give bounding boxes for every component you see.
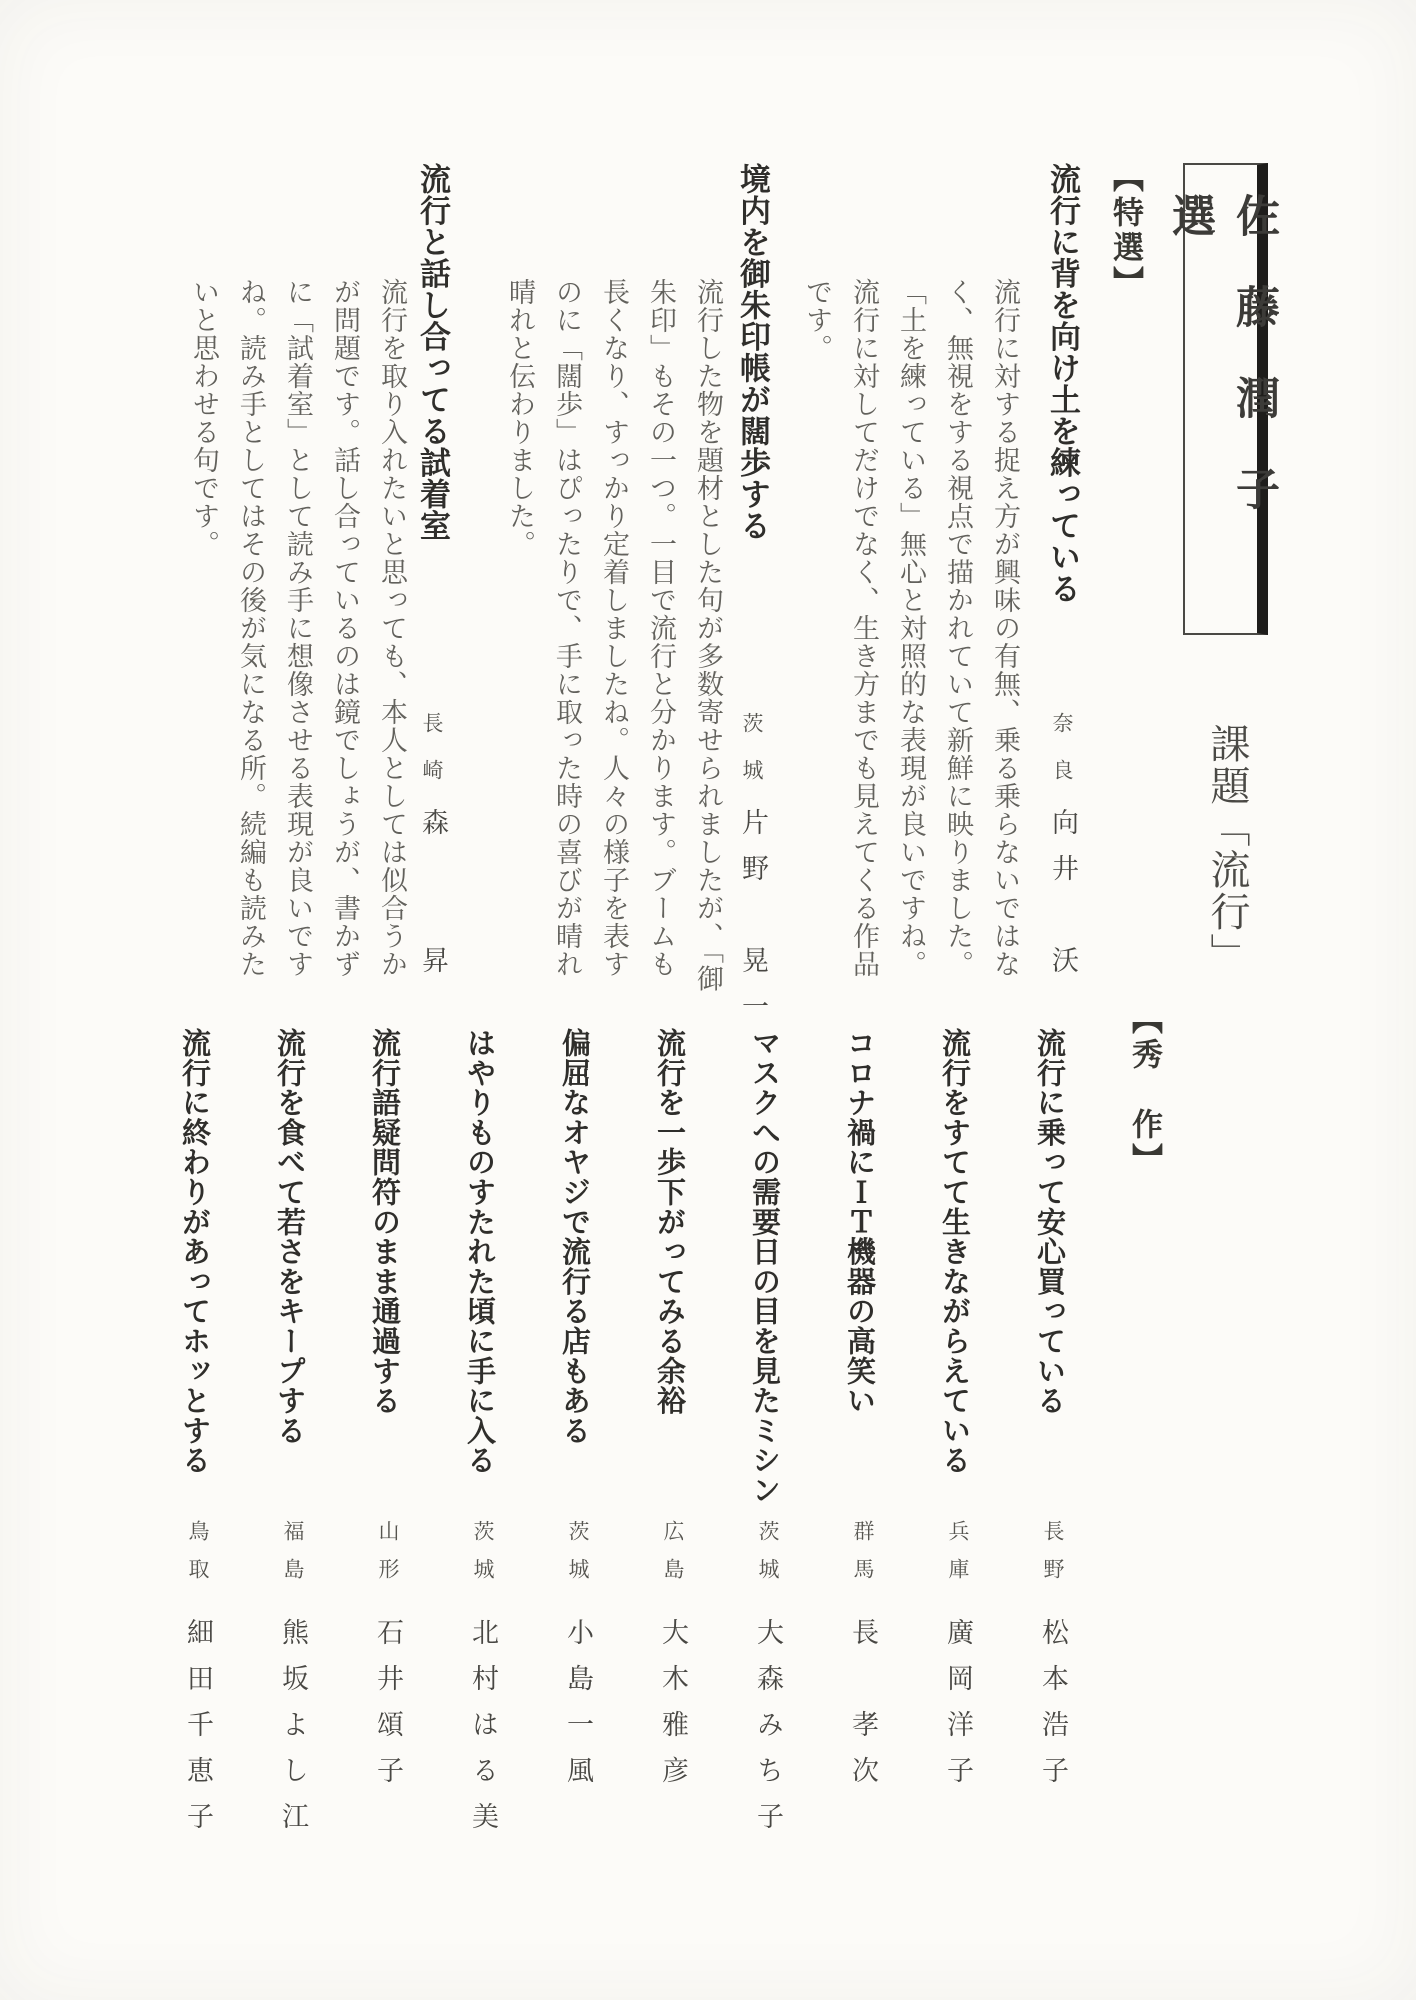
shusaku-author-name: 細田千恵子 [178,1618,217,1848]
tokusen-commentary: 流行を取り入れたいと思っても、本人としては似合うかが問題です。話し合っているのは… [176,278,415,993]
tokusen-poem: 流行に背を向け土を練っている [1040,163,1085,604]
shusaku-poem: はやりものすたれた頃に手に入る [460,1028,501,1475]
shusaku-poem: 流行をすてて生きながらえている [935,1028,976,1475]
shusaku-author-name: 長 孝次 [843,1618,882,1802]
shusaku-author-name: 大木雅彦 [653,1618,692,1802]
shusaku-author-name: 松本浩子 [1033,1618,1072,1802]
shusaku-poem: 流行語疑問符のまま通過する [365,1028,406,1415]
shusaku-author-prefecture: 茨城 [468,1520,498,1596]
shusaku-author-name: 大森みち子 [748,1618,787,1848]
tokusen-poem: 境内を御朱印帳が闊歩する [730,163,775,541]
tokusen-section-header: 【特選】 [1103,161,1148,301]
shusaku-author-prefecture: 長野 [1038,1520,1068,1596]
theme-label: 課題「流行」 [1199,723,1256,975]
shusaku-author-name: 石井頌子 [368,1618,407,1802]
shusaku-poem: 流行に乗って安心買っている [1030,1028,1071,1415]
tokusen-author-name: 片野 晃一 [733,808,772,1038]
shusaku-author-prefecture: 兵庫 [943,1520,973,1596]
tokusen-author-name: 向井 沃 [1043,808,1082,992]
scanned-senryu-page: 佐藤潤子選 課題「流行」 【特選】 流行に背を向け土を練っている 奈良 向井 沃… [0,0,1416,2000]
shusaku-poem: 流行に終わりがあってホッとする [175,1028,216,1475]
shusaku-author-prefecture: 茨城 [563,1520,593,1596]
shusaku-author-name: 熊坂よし江 [273,1618,312,1848]
tokusen-commentary: 流行に対する捉え方が興味の有無、乗る乗らないではなく、無視をする視点で描かれてい… [840,278,1028,993]
shusaku-author-name: 北村はる美 [463,1618,502,1848]
tokusen-author-prefecture: 奈良 [1047,712,1077,806]
tokusen-author-prefecture: 茨城 [737,712,767,806]
shusaku-poem: マスクへの需要日の目を見たミシン [745,1028,786,1505]
shusaku-author-prefecture: 広島 [658,1520,688,1596]
shusaku-poem: コロナ禍にＩＴ機器の高笑い [840,1028,881,1415]
shusaku-poem: 流行を一歩下がってみる余裕 [650,1028,691,1415]
tokusen-author-name: 森 昇 [413,808,452,992]
selector-title: 佐藤潤子選 [1157,165,1285,633]
shusaku-poem: 偏屈なオヤジで流行る店もある [555,1028,596,1445]
tokusen-commentary: 流行した物を題材とした句が多数寄せられましたが、「御朱印」もその一つ。一目で流行… [496,278,731,993]
shusaku-author-name: 廣岡洋子 [938,1618,977,1802]
selector-title-box: 佐藤潤子選 [1183,163,1268,635]
shusaku-section-header: 【秀 作】 [1122,1003,1167,1178]
shusaku-author-prefecture: 茨城 [753,1520,783,1596]
shusaku-author-prefecture: 山形 [373,1520,403,1596]
shusaku-author-prefecture: 群馬 [848,1520,878,1596]
shusaku-author-name: 小島一風 [558,1618,597,1802]
shusaku-author-prefecture: 鳥取 [183,1520,213,1596]
shusaku-poem: 流行を食べて若さをキープする [270,1028,311,1445]
shusaku-author-prefecture: 福島 [278,1520,308,1596]
tokusen-author-prefecture: 長崎 [417,712,447,806]
tokusen-poem: 流行と話し合ってる試着室 [410,163,455,541]
